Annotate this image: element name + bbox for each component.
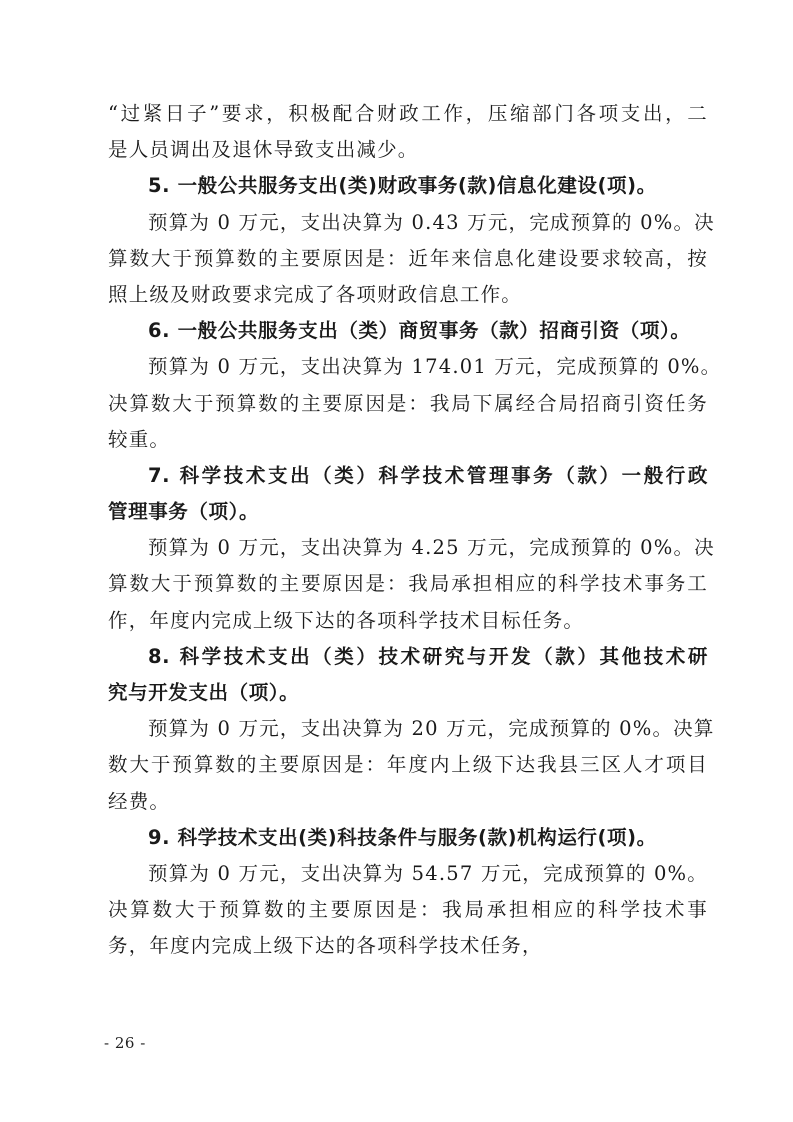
paragraph-line: 算数大于预算数的主要原因是：我局承担相应的科学技术事务工 — [108, 566, 708, 602]
paragraph-line: 预算为 0 万元，支出决算为 20 万元，完成预算的 0%。决算 — [108, 711, 708, 747]
paragraph-line: 预算为 0 万元，支出决算为 4.25 万元，完成预算的 0%。决 — [108, 530, 708, 566]
paragraph-line: 预算为 0 万元，支出决算为 174.01 万元，完成预算的 0%。 — [108, 349, 708, 385]
document-page: “过紧日子”要求，积极配合财政工作，压缩部门各项支出，二 是人员调出及退休导致支… — [108, 96, 708, 965]
paragraph-line: 较重。 — [108, 422, 708, 458]
paragraph-line: 预算为 0 万元，支出决算为 54.57 万元，完成预算的 0%。 — [108, 856, 708, 892]
page-number: - 26 - — [104, 1034, 146, 1052]
paragraph-line: 决算数大于预算数的主要原因是：我局下属经合局招商引资任务 — [108, 386, 708, 422]
section-heading-9: 9. 科学技术支出(类)科技条件与服务(款)机构运行(项)。 — [108, 820, 708, 856]
paragraph-line: 预算为 0 万元，支出决算为 0.43 万元，完成预算的 0%。决 — [108, 205, 708, 241]
paragraph-line: 是人员调出及退休导致支出减少。 — [108, 132, 708, 168]
paragraph-line: 算数大于预算数的主要原因是：近年来信息化建设要求较高，按 — [108, 241, 708, 277]
paragraph-line: “过紧日子”要求，积极配合财政工作，压缩部门各项支出，二 — [108, 96, 708, 132]
paragraph-line: 作，年度内完成上级下达的各项科学技术目标任务。 — [108, 603, 708, 639]
section-heading-8-cont: 究与开发支出（项）。 — [108, 675, 708, 711]
section-heading-8: 8. 科学技术支出（类）技术研究与开发（款）其他技术研 — [108, 639, 708, 675]
section-heading-6: 6. 一般公共服务支出（类）商贸事务（款）招商引资（项）。 — [108, 313, 708, 349]
section-heading-5: 5. 一般公共服务支出(类)财政事务(款)信息化建设(项)。 — [108, 168, 708, 204]
paragraph-line: 经费。 — [108, 784, 708, 820]
paragraph-line: 务，年度内完成上级下达的各项科学技术任务， — [108, 928, 708, 964]
paragraph-line: 决算数大于预算数的主要原因是：我局承担相应的科学技术事 — [108, 892, 708, 928]
section-heading-7: 7. 科学技术支出（类）科学技术管理事务（款）一般行政 — [108, 458, 708, 494]
section-heading-7-cont: 管理事务（项）。 — [108, 494, 708, 530]
paragraph-line: 照上级及财政要求完成了各项财政信息工作。 — [108, 277, 708, 313]
paragraph-line: 数大于预算数的主要原因是：年度内上级下达我县三区人才项目 — [108, 747, 708, 783]
